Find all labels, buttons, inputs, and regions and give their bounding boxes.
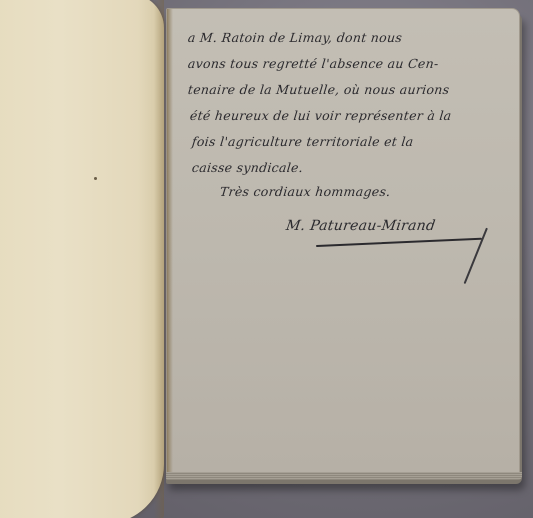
- page-edges: [166, 472, 522, 480]
- paper-speck: [94, 177, 97, 180]
- letter-line: avons tous regretté l'absence au Cen-: [187, 56, 439, 71]
- left-page: [0, 0, 164, 518]
- letter-line: tenaire de la Mutuelle, où nous aurions: [187, 82, 450, 97]
- letter-line: a M. Ratoin de Limay, dont nous: [187, 30, 403, 45]
- letter-line: caisse syndicale.: [191, 160, 304, 175]
- letter-line: fois l'agriculture territoriale et la: [191, 134, 414, 149]
- closing-salutation: Très cordiaux hommages.: [219, 184, 391, 199]
- signature: M. Patureau-Mirand: [285, 218, 437, 234]
- letter-line: été heureux de lui voir représenter à la: [189, 108, 452, 123]
